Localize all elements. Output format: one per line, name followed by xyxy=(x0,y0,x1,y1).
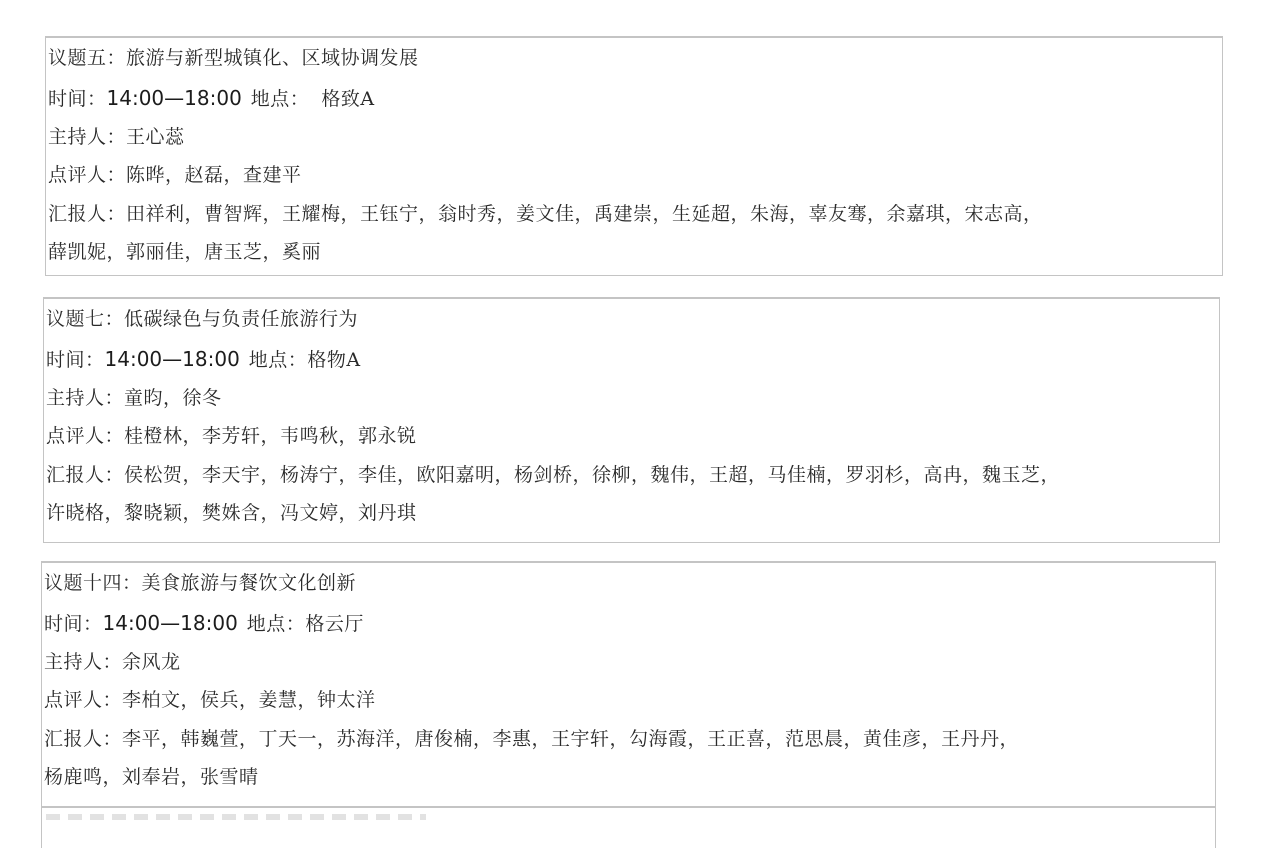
venue-value: 格物A xyxy=(307,349,360,371)
presenter-line-continued: 杨鹿鸣，刘奉岩，张雪晴 xyxy=(44,758,1215,797)
venue-label: 地点： xyxy=(249,349,308,371)
presenter-names-continued: 杨鹿鸣，刘奉岩，张雪晴 xyxy=(44,766,259,788)
presenter-names-continued: 许晓格，黎晓颖，樊姝含，冯文婷，刘丹琪 xyxy=(46,502,417,524)
time-value: 14:00—18:00 xyxy=(107,86,242,110)
presenter-line: 汇报人：李平，韩巍萱，丁天一，苏海洋，唐俊楠，李惠，王宇轩，勾海霞，王正喜，范思… xyxy=(44,720,1215,759)
time-value: 14:00—18:00 xyxy=(103,611,238,635)
reviewer-names: 陈晔，赵磊，查建平 xyxy=(126,164,302,186)
reviewer-label: 点评人： xyxy=(44,689,122,711)
session-card-topic-14: 议题十四：美食旅游与餐饮文化创新 时间：14:00—18:00地点：格云厅 主持… xyxy=(41,561,1216,807)
topic-label: 议题十四： xyxy=(44,572,142,594)
presenter-names-continued: 薛凯妮，郭丽佳，唐玉芝，奚丽 xyxy=(48,241,321,263)
topic-title: 低碳绿色与负责任旅游行为 xyxy=(124,308,358,330)
reviewer-line: 点评人：陈晔，赵磊，查建平 xyxy=(48,156,1222,195)
venue-label: 地点： xyxy=(251,88,310,110)
venue-label: 地点： xyxy=(247,613,306,635)
presenter-line: 汇报人：田祥利，曹智辉，王耀梅，王钰宁，翁时秀，姜文佳，禹建崇，生延超，朱海，辜… xyxy=(48,195,1222,234)
host-names: 余风龙 xyxy=(122,651,181,673)
topic-title: 美食旅游与餐饮文化创新 xyxy=(142,572,357,594)
host-label: 主持人： xyxy=(44,651,122,673)
time-label: 时间： xyxy=(48,88,107,110)
host-line: 主持人：余风龙 xyxy=(44,643,1215,682)
topic-line: 议题七：低碳绿色与负责任旅游行为 xyxy=(46,304,1219,340)
time-venue-line: 时间：14:00—18:00地点：格致A xyxy=(48,79,1222,118)
presenter-names: 李平，韩巍萱，丁天一，苏海洋，唐俊楠，李惠，王宇轩，勾海霞，王正喜，范思晨，黄佳… xyxy=(122,728,1019,750)
session-card-topic-5: 议题五：旅游与新型城镇化、区域协调发展 时间：14:00—18:00地点：格致A… xyxy=(45,36,1223,276)
reviewer-line: 点评人：李柏文，侯兵，姜慧，钟太洋 xyxy=(44,681,1215,720)
reviewer-names: 李柏文，侯兵，姜慧，钟太洋 xyxy=(122,689,376,711)
topic-label: 议题七： xyxy=(46,308,124,330)
reviewer-line: 点评人：桂橙林，李芳轩，韦鸣秋，郭永锐 xyxy=(46,417,1219,456)
time-label: 时间： xyxy=(44,613,103,635)
host-line: 主持人：童昀，徐冬 xyxy=(46,379,1219,418)
presenter-label: 汇报人： xyxy=(44,728,122,750)
cut-off-text-fragment xyxy=(46,814,426,820)
presenter-line-continued: 许晓格，黎晓颖，樊姝含，冯文婷，刘丹琪 xyxy=(46,494,1219,533)
topic-label: 议题五： xyxy=(48,47,126,69)
host-names: 童昀，徐冬 xyxy=(124,387,222,409)
time-value: 14:00—18:00 xyxy=(105,347,240,371)
presenter-line-continued: 薛凯妮，郭丽佳，唐玉芝，奚丽 xyxy=(48,233,1222,272)
venue-value: 格致A xyxy=(321,88,374,110)
time-label: 时间： xyxy=(46,349,105,371)
host-label: 主持人： xyxy=(48,126,126,148)
host-names: 王心蕊 xyxy=(126,126,185,148)
host-line: 主持人：王心蕊 xyxy=(48,118,1222,157)
time-venue-line: 时间：14:00—18:00地点：格云厅 xyxy=(44,604,1215,643)
session-card-topic-7: 议题七：低碳绿色与负责任旅游行为 时间：14:00—18:00地点：格物A 主持… xyxy=(43,297,1220,543)
presenter-names: 侯松贺，李天宇，杨涛宁，李佳，欧阳嘉明，杨剑桥，徐柳，魏伟，王超，马佳楠，罗羽杉… xyxy=(124,464,1060,486)
topic-title: 旅游与新型城镇化、区域协调发展 xyxy=(126,47,419,69)
host-label: 主持人： xyxy=(46,387,124,409)
reviewer-label: 点评人： xyxy=(46,425,124,447)
topic-line: 议题十四：美食旅游与餐饮文化创新 xyxy=(44,568,1215,604)
reviewer-names: 桂橙林，李芳轩，韦鸣秋，郭永锐 xyxy=(124,425,417,447)
topic-line: 议题五：旅游与新型城镇化、区域协调发展 xyxy=(48,43,1222,79)
venue-value: 格云厅 xyxy=(305,613,364,635)
time-venue-line: 时间：14:00—18:00地点：格物A xyxy=(46,340,1219,379)
presenter-label: 汇报人： xyxy=(46,464,124,486)
presenter-names: 田祥利，曹智辉，王耀梅，王钰宁，翁时秀，姜文佳，禹建崇，生延超，朱海，辜友骞，余… xyxy=(126,203,1043,225)
presenter-label: 汇报人： xyxy=(48,203,126,225)
presenter-line: 汇报人：侯松贺，李天宇，杨涛宁，李佳，欧阳嘉明，杨剑桥，徐柳，魏伟，王超，马佳楠… xyxy=(46,456,1219,495)
reviewer-label: 点评人： xyxy=(48,164,126,186)
session-card-cut-off xyxy=(41,806,1216,848)
